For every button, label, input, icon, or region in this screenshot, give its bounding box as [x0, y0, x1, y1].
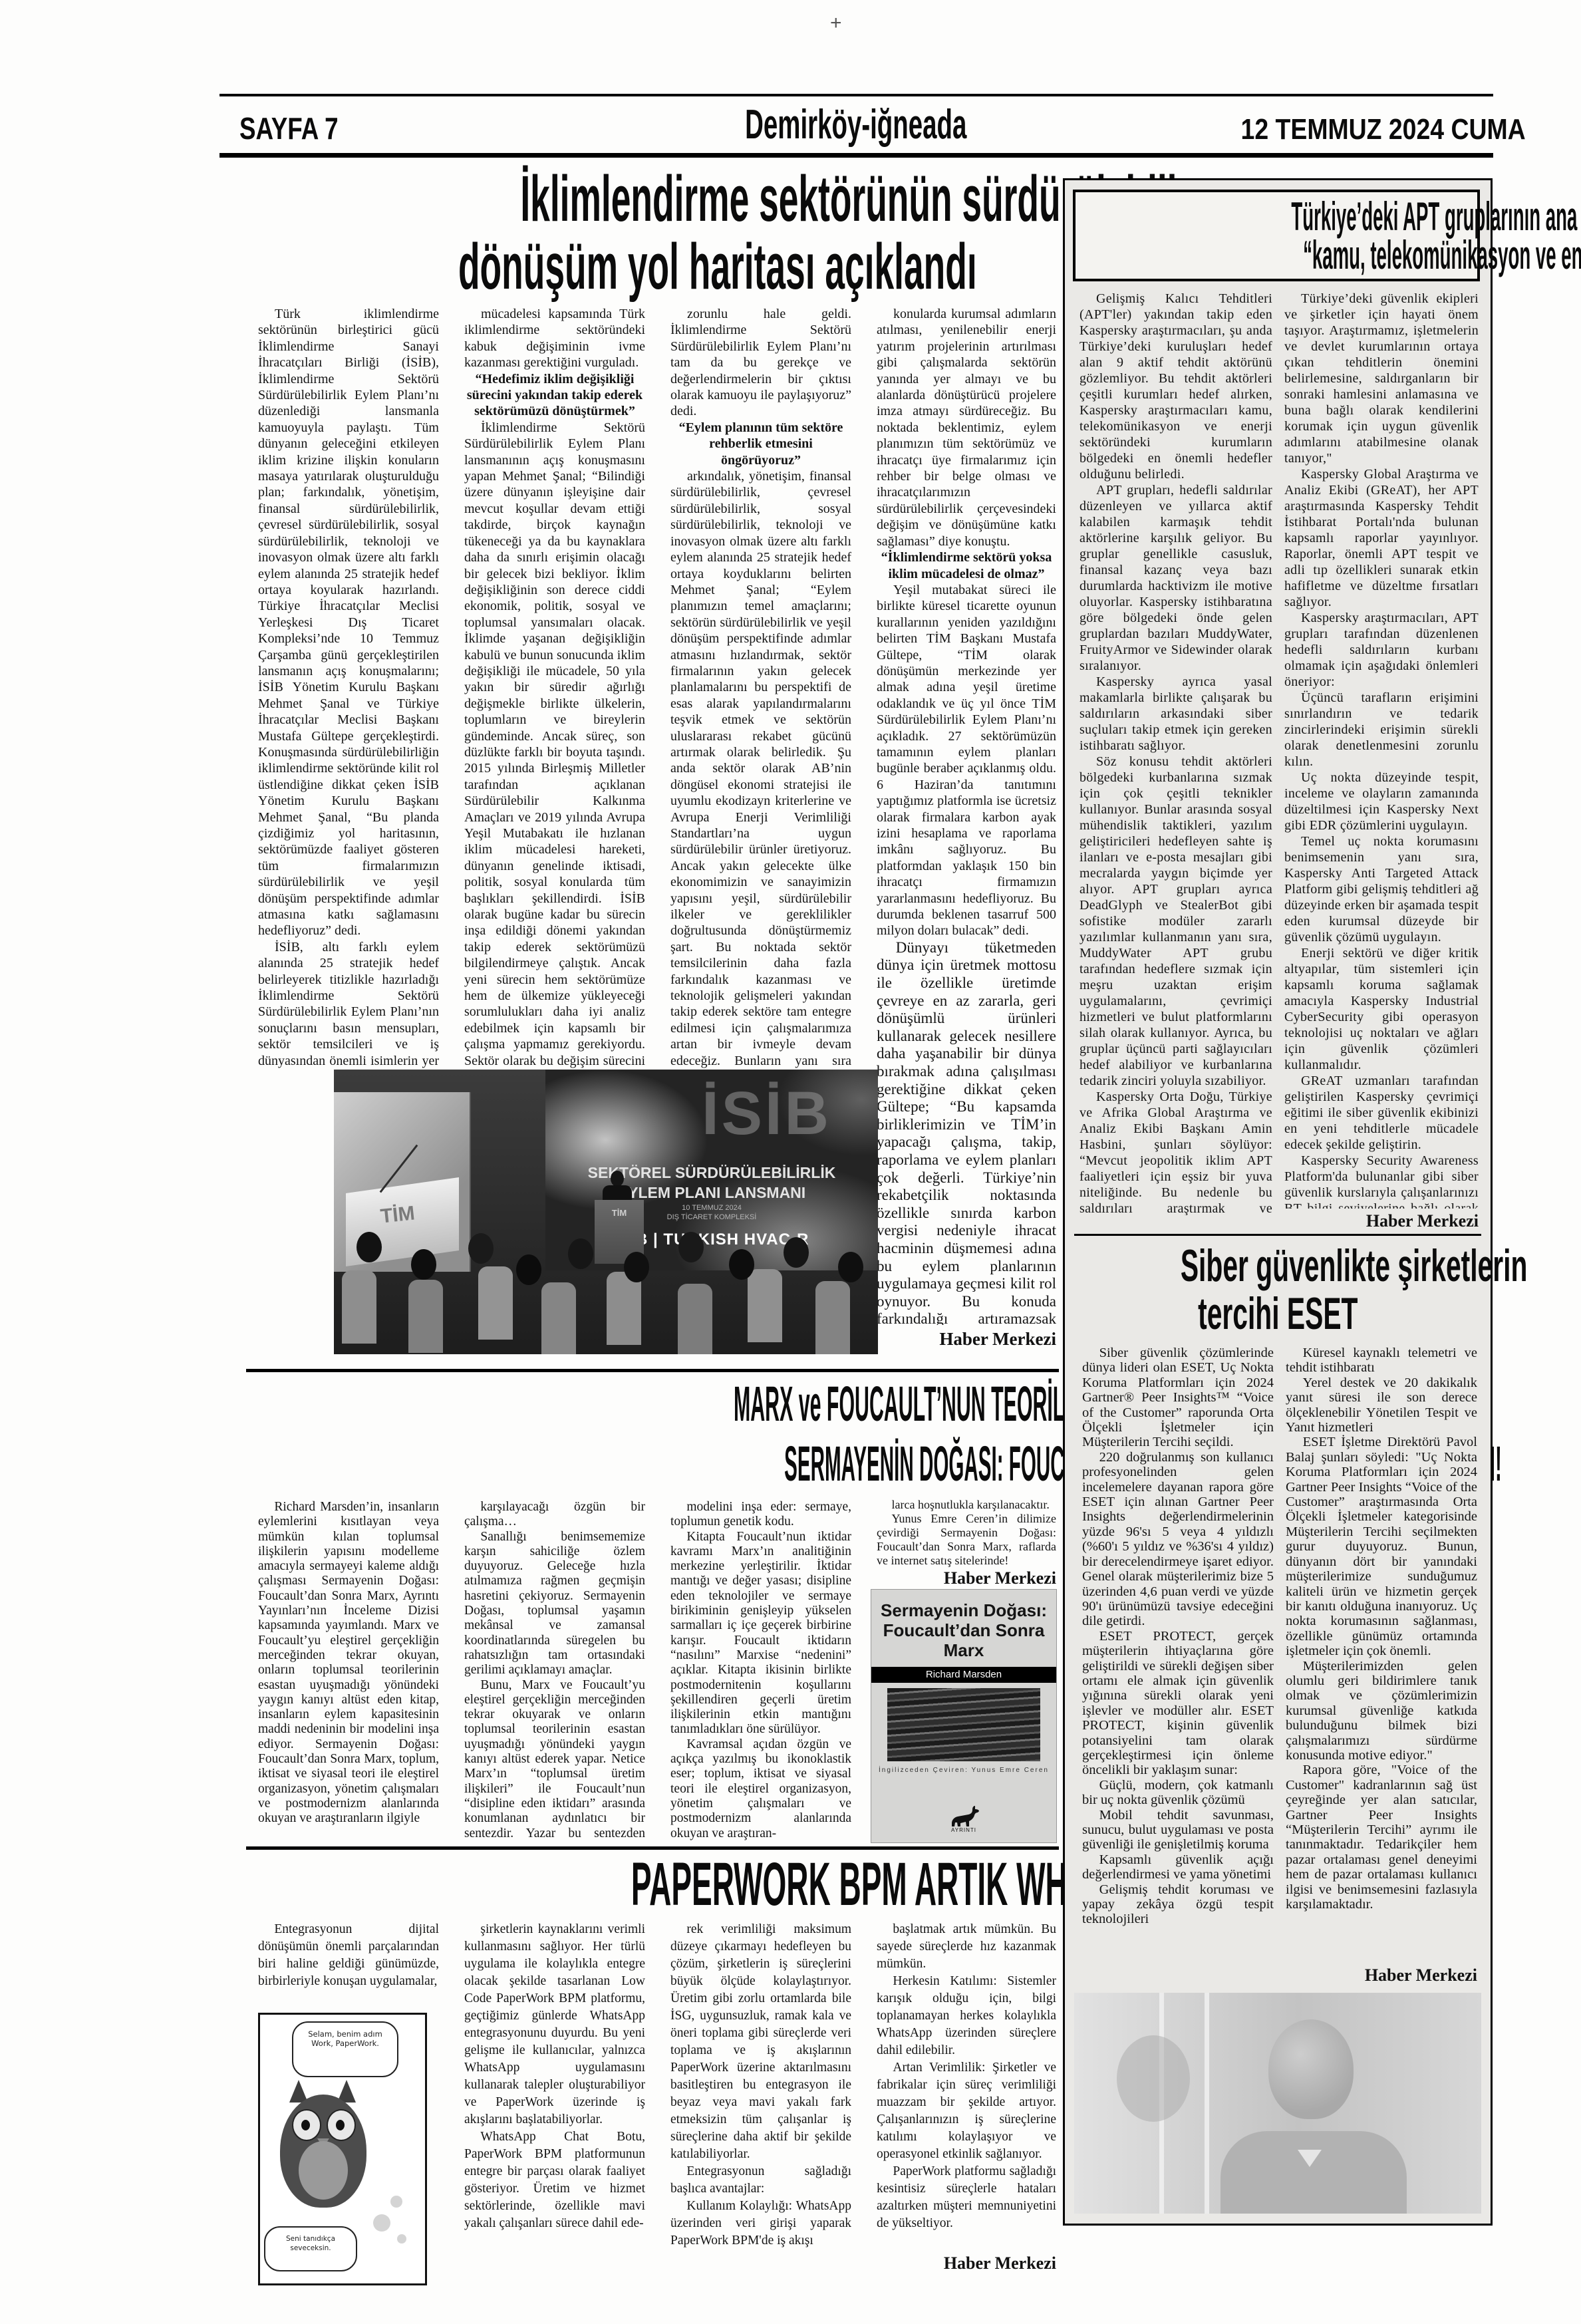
paperwork-column-3: rek verimliliği maksimum düzeye çıkarmay… — [670, 1921, 851, 2283]
portrait-shoulders — [1221, 2131, 1407, 2214]
publisher-dinosaur-logo — [948, 1805, 979, 1827]
reflection-silhouette — [1117, 2035, 1190, 2122]
paragraph: Dünyayı tüketmeden dünya için üretmek mo… — [877, 939, 1056, 1325]
paragraph: Bunu, Marx ve Foucault’yu eleştirel gerç… — [464, 1678, 645, 1840]
inset-tim-logo: TİM — [379, 1202, 416, 1228]
page-number: SAYFA 7 — [239, 110, 439, 146]
paragraph: Mobil tehdit savunması, sunucu, bulut uy… — [1082, 1808, 1274, 1852]
paperwork-column-4: başlatmak artık mümkün. Bu sayede süreçl… — [877, 1921, 1056, 2250]
paragraph: Kaspersky Security Awareness Platform'da… — [1284, 1153, 1479, 1209]
screen-title-line2: EYLEM PLANI LANSMANI — [545, 1184, 878, 1202]
paragraph: rek verimliliği maksimum düzeye çıkarmay… — [670, 1921, 851, 2163]
header-rule-bottom — [219, 153, 1493, 158]
eset-section-rule — [1074, 1234, 1481, 1236]
portrait-collar — [1298, 2150, 1322, 2167]
paragraph: Entegrasyonun sağladığı başlıca avantajl… — [670, 2163, 851, 2198]
paragraph: Kitapta Foucault’nun iktidar kavramı Mar… — [670, 1530, 851, 1737]
marx-byline: Haber Merkezi — [877, 1568, 1056, 1588]
apt-headline-line2: “kamu, telekomünikasyon ve enerji sektör… — [1303, 236, 1581, 275]
registration-mark: + — [830, 12, 842, 35]
paragraph: Yerel destek ve 20 dakikalık yanıt süres… — [1286, 1376, 1477, 1435]
owl-pupil-left — [301, 2120, 310, 2130]
paragraph: mücadelesi kapsamında Türk iklimlendirme… — [464, 306, 645, 371]
eset-headline-line1: Siber güvenlikte şirketlerin — [1181, 1242, 1528, 1290]
header-rule-top — [219, 94, 1493, 96]
marx-column-4: larca hoşnutlukla karşılanacaktır.Yunus … — [877, 1498, 1056, 1568]
paragraph: Uç nokta düzeyinde tespit, inceleme ve o… — [1284, 770, 1479, 833]
paragraph: modelini inşa eder: sermaye, toplumun ge… — [670, 1500, 851, 1530]
owl-eye-left — [292, 2109, 321, 2141]
smoke-puff-3 — [397, 2234, 406, 2244]
paragraph: Türk iklimlendirme sektörünün birleştiri… — [258, 306, 439, 939]
cartoon-speech-bubble-2: Seni tanıdıkça seveceksin. — [264, 2226, 357, 2271]
paragraph: GReAT uzmanları tarafından geliştirilen … — [1284, 1073, 1479, 1153]
paragraph: Gelişmiş Kalıcı Tehditleri (APT'ler) yak… — [1079, 291, 1272, 482]
eset-headline-line2: tercihi ESET — [1198, 1290, 1358, 1338]
climate-photo: İSİB SEKTÖREL SÜRDÜRÜLEBİLİRLİK EYLEM PL… — [334, 1070, 878, 1354]
paperwork-headline: PAPERWORK BPM ARTIK WHATSAPP İLE ENTEGRE — [246, 1852, 1059, 1917]
apt-headline-line1: Türkiye’deki APT gruplarının ana hedefle… — [1291, 198, 1581, 236]
paragraph: WhatsApp Chat Botu, PaperWork BPM platfo… — [464, 2128, 645, 2232]
paragraph: Siber güvenlik çözümlerinde dünya lideri… — [1082, 1346, 1274, 1450]
eset-byline: Haber Merkezi — [1286, 1965, 1477, 1985]
paragraph: Kavramsal açıdan özgün ve açıkça yazılmı… — [670, 1737, 851, 1840]
paperwork-column-2: şirketlerin kaynaklarını verimli kullanm… — [464, 1921, 645, 2283]
climate-column-4: konularda kurumsal adımların atılması, y… — [877, 306, 1056, 1325]
masthead: Demirköy-iğneada — [656, 101, 1056, 148]
marx-column-3: modelini inşa eder: sermaye, toplumun ge… — [670, 1500, 851, 1840]
paragraph: Kaspersky Orta Doğu, Türkiye ve Afrika G… — [1079, 1089, 1272, 1215]
climate-headline: İklimlendirme sektörünün sürdürülebilir … — [246, 165, 1059, 301]
window-frame-line-2 — [1205, 1993, 1209, 2214]
paragraph: ESET İşletme Direktörü Pavol Balaj şunla… — [1286, 1435, 1477, 1658]
isib-ghost-logo: İSİB — [702, 1079, 831, 1149]
screen-title-line1: SEKTÖREL SÜRDÜRÜLEBİLİRLİK — [545, 1164, 878, 1182]
marx-section-rule — [246, 1369, 1059, 1372]
portrait-head — [1268, 2019, 1354, 2119]
speaker-silhouette — [611, 1171, 624, 1187]
paragraph: “Hedefimiz iklim değişikliği sürecini ya… — [464, 371, 645, 420]
paperwork-column-1: Entegrasyonun dijital dönüşümün önemli p… — [258, 1921, 439, 2009]
smoke-puff-1 — [373, 2214, 390, 2232]
paragraph: zorunlu hale geldi. İklimlendirme Sektör… — [670, 306, 851, 420]
paragraph: 220 doğrulanmış son kullanıcı profesyone… — [1082, 1450, 1274, 1629]
paragraph: Küresel kaynaklı telemetri ve tehdit ist… — [1286, 1346, 1477, 1376]
paragraph: “Eylem planının tüm sektöre rehberlik et… — [670, 420, 851, 468]
paragraph: Güçlü, modern, çok katmanlı bir uç nokta… — [1082, 1778, 1274, 1808]
eset-director-photo — [1074, 1993, 1481, 2214]
newspaper-page: { "page": { "reg_mark": "+", "page_label… — [0, 0, 1581, 2324]
paperwork-byline: Haber Merkezi — [877, 2253, 1056, 2273]
paragraph: İSİB, altı farklı eylem alanında 25 stra… — [258, 939, 439, 1070]
paragraph: ESET PROTECT, gerçek müşterilerin ihtiya… — [1082, 1629, 1274, 1778]
paragraph: Rapora göre, "Voice of the Customer" kad… — [1286, 1763, 1477, 1912]
issue-date: 12 TEMMUZ 2024 CUMA — [1191, 113, 1493, 146]
marx-headline: MARX ve FOUCAULT’NUN TEORİLERİNDEN YENİ … — [246, 1374, 1059, 1494]
climate-column-3: zorunlu hale geldi. İklimlendirme Sektör… — [670, 306, 851, 1070]
paragraph: Üçüncü tarafların erişimini sınırlandırı… — [1284, 690, 1479, 770]
paragraph: Enerji sektörü ve diğer kritik altyapıla… — [1284, 945, 1479, 1073]
marx-column-1: Richard Marsden’in, insanların eylemleri… — [258, 1500, 439, 1840]
owl-eye-right — [327, 2109, 356, 2141]
paragraph: Herkesin Katılımı: Sistemler karışık old… — [877, 1973, 1056, 2059]
paragraph: Yunus Emre Ceren’in dilimize çevirdiği S… — [877, 1512, 1056, 1568]
book-cover: Sermayenin Doğası:Foucault’dan Sonra Mar… — [871, 1590, 1056, 1842]
right-column-box: Türkiye’deki APT gruplarının ana hedefle… — [1063, 178, 1493, 2226]
paragraph: Artan Verimlilik: Şirketler ve fabrikala… — [877, 2059, 1056, 2163]
paragraph: Söz konusu tehdit aktörleri bölgedeki ku… — [1079, 754, 1272, 1089]
paragraph: Türkiye’deki güvenlik ekipleri ve şirket… — [1284, 291, 1479, 466]
paragraph: Kaspersky araştırmacıları, APT grupları … — [1284, 610, 1479, 690]
marx-column-2: karşılayacağı özgün bir çalışma…Sanallığ… — [464, 1500, 645, 1840]
paragraph: Kullanım Kolaylığı: WhatsApp üzerinden v… — [670, 2198, 851, 2250]
paragraph: “İklimlendirme sektörü yoksa iklim mücad… — [877, 549, 1056, 582]
audience-silhouettes — [334, 1228, 878, 1354]
apt-column-2: Türkiye’deki güvenlik ekipleri ve şirket… — [1284, 291, 1479, 1209]
paragraph: Yeşil mutabakat süreci ile birlikte küre… — [877, 582, 1056, 939]
owl-pupil-right — [336, 2120, 345, 2130]
eset-headline: Siber güvenlikte şirketlerin tercihi ESE… — [1065, 1242, 1491, 1338]
paragraph: konularda kurumsal adımların atılması, y… — [877, 306, 1056, 549]
paragraph: Gelişmiş tehdit koruması ve yapay zekâya… — [1082, 1882, 1274, 1927]
eset-column-2: Küresel kaynaklı telemetri ve tehdit ist… — [1286, 1346, 1477, 1963]
paragraph: arkındalık, yönetişim, finansal sürdürül… — [670, 468, 851, 1070]
book-translator-line: İngilizceden Çeviren: Yunus Emre Ceren — [871, 1767, 1056, 1774]
paragraph: Müşterilerimizden gelen olumlu geri bild… — [1286, 1659, 1477, 1763]
paragraph: PaperWork platformu sağladığı kesintisiz… — [877, 2163, 1056, 2232]
climate-headline-line2: dönüşüm yol haritası açıklandı — [458, 233, 977, 301]
paragraph: Richard Marsden’in, insanların eylemleri… — [258, 1500, 439, 1826]
climate-byline: Haber Merkezi — [877, 1329, 1056, 1350]
book-title: Sermayenin Doğası:Foucault’dan Sonra Mar… — [871, 1600, 1056, 1660]
paragraph: Sanallığı benimsememize karşın sahiciliğ… — [464, 1530, 645, 1678]
paragraph: Kaspersky Global Araştırma ve Analiz Eki… — [1284, 466, 1479, 610]
book-coins-image — [887, 1688, 1040, 1761]
book-author-bar: Richard Marsden — [871, 1667, 1056, 1683]
paperwork-section-rule — [246, 1846, 1059, 1850]
paragraph: Kapsamlı güvenlik açığı değerlendirmesi … — [1082, 1852, 1274, 1882]
paragraph: başlatmak artık mümkün. Bu sayede süreçl… — [877, 1921, 1056, 1973]
smoke-puff-2 — [390, 2196, 402, 2208]
apt-byline: Haber Merkezi — [1284, 1211, 1479, 1231]
publisher-name: AYRINTI — [871, 1827, 1056, 1833]
paragraph: Temel uç nokta korumasını benimsemenin y… — [1284, 833, 1479, 945]
paragraph: APT grupları, hedefli saldırılar düzenle… — [1079, 482, 1272, 674]
climate-column-1: Türk iklimlendirme sektörünün birleştiri… — [258, 306, 439, 1070]
paperwork-cartoon: Selam, benim adım Work, PaperWork. Seni … — [258, 2013, 427, 2285]
paragraph: şirketlerin kaynaklarını verimli kullanm… — [464, 1921, 645, 2128]
paragraph: Entegrasyonun dijital dönüşümün önemli p… — [258, 1921, 439, 1990]
eset-column-1: Siber güvenlik çözümlerinde dünya lideri… — [1082, 1346, 1274, 1983]
climate-column-2: mücadelesi kapsamında Türk iklimlendirme… — [464, 306, 645, 1070]
paragraph: Kaspersky ayrıca yasal makamlarla birlik… — [1079, 674, 1272, 754]
owl-belly — [299, 2141, 348, 2200]
paragraph: karşılayacağı özgün bir çalışma… — [464, 1500, 645, 1530]
apt-column-1: Gelişmiş Kalıcı Tehditleri (APT'ler) yak… — [1079, 291, 1272, 1215]
paragraph: larca hoşnutlukla karşılanacaktır. — [877, 1498, 1056, 1512]
cartoon-speech-bubble-1: Selam, benim adım Work, PaperWork. — [292, 2021, 398, 2077]
paragraph: İklimlendirme Sektörü Sürdürülebilirlik … — [464, 420, 645, 1070]
apt-headline-box: Türkiye’deki APT gruplarının ana hedefle… — [1073, 190, 1480, 281]
